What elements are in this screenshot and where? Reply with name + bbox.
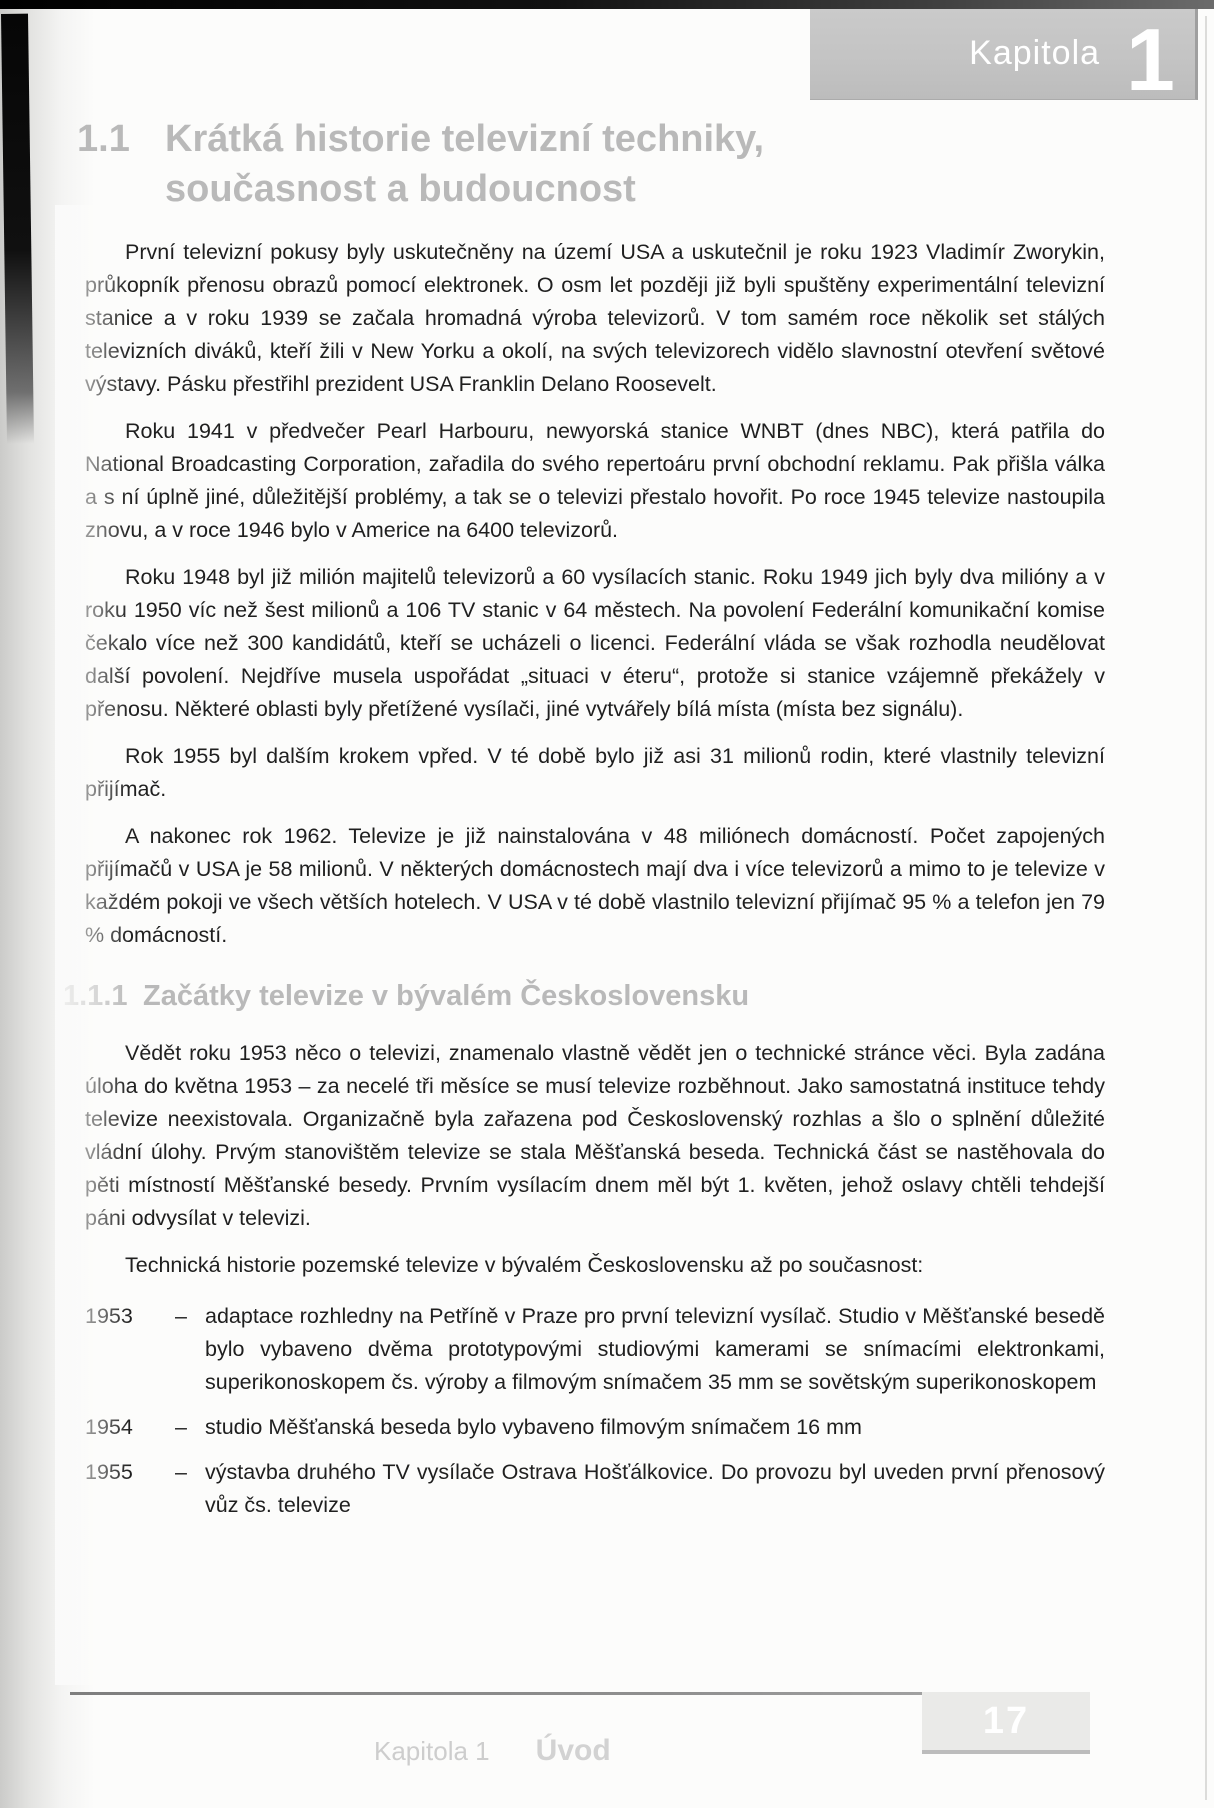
timeline-item-1954: 1954 – studio Měšťanská beseda bylo vyba… <box>85 1411 1105 1444</box>
paragraph-1: První televizní pokusy byly uskutečněny … <box>85 236 1105 401</box>
timeline-text: studio Měšťanská beseda bylo vybaveno fi… <box>205 1415 862 1439</box>
chapter-tab-number: 1 <box>1126 23 1175 98</box>
chapter-tab: Kapitola 1 <box>810 8 1198 100</box>
timeline-intro: Technická historie pozemské televize v b… <box>85 1249 1105 1282</box>
subsection-heading: 1.1.1 Začátky televize v bývalém Českosl… <box>63 980 1105 1013</box>
section-heading-title-line-2: současnost a budoucnost <box>165 164 764 214</box>
timeline-year: 1953 <box>85 1300 133 1333</box>
timeline-item-1955: 1955 – výstavba druhého TV vysílače Ostr… <box>85 1456 1105 1522</box>
timeline-dash: – <box>175 1411 187 1444</box>
paragraph-4: Rok 1955 byl dalším krokem vpřed. V té d… <box>85 740 1105 806</box>
section-heading-title: Krátká historie televizní techniky, souč… <box>165 114 764 214</box>
page-number-box: 17 <box>922 1692 1090 1754</box>
footer-section-label: Úvod <box>536 1734 611 1768</box>
footer: Kapitola 1 Úvod <box>374 1734 611 1768</box>
paragraph-2: Roku 1941 v předvečer Pearl Harbouru, ne… <box>85 415 1105 547</box>
scan-right-page-edge <box>1205 16 1207 1800</box>
timeline-text: výstavba druhého TV vysílače Ostrava Hoš… <box>205 1460 1105 1517</box>
paragraph-6: Vědět roku 1953 něco o televizi, znamena… <box>85 1037 1105 1235</box>
timeline-item-1955-head: 1955 – <box>85 1456 187 1489</box>
timeline-year: 1954 <box>85 1411 133 1444</box>
section-heading-number: 1.1 <box>77 114 165 214</box>
page-number: 17 <box>983 1700 1029 1743</box>
timeline-dash: – <box>175 1300 187 1333</box>
scan-left-dark-strip <box>1 14 34 444</box>
timeline-item-1953: 1953 – adaptace rozhledny na Petříně v P… <box>85 1300 1105 1399</box>
paragraph-5: A nakonec rok 1962. Televize je již nain… <box>85 820 1105 952</box>
paragraph-3: Roku 1948 byl již milión majitelů televi… <box>85 561 1105 726</box>
timeline-text: adaptace rozhledny na Petříně v Praze pr… <box>205 1304 1105 1394</box>
timeline-item-1953-head: 1953 – <box>85 1300 187 1333</box>
footer-rule <box>70 1692 922 1695</box>
chapter-tab-label: Kapitola <box>969 34 1100 73</box>
timeline-year: 1955 <box>85 1456 133 1489</box>
footer-chapter-label: Kapitola 1 <box>374 1736 490 1767</box>
section-heading-title-line-1: Krátká historie televizní techniky, <box>165 114 764 164</box>
scan-binding-shadow <box>0 0 95 1808</box>
page-content: 1.1 Krátká historie televizní techniky, … <box>85 114 1105 1534</box>
subsection-heading-title: Začátky televize v bývalém Československ… <box>143 980 749 1013</box>
timeline-item-1954-head: 1954 – <box>85 1411 187 1444</box>
timeline-dash: – <box>175 1456 187 1489</box>
timeline: 1953 – adaptace rozhledny na Petříně v P… <box>85 1300 1105 1522</box>
section-heading: 1.1 Krátká historie televizní techniky, … <box>77 114 1105 214</box>
book-page-scan: Kapitola 1 1.1 Krátká historie televizní… <box>0 0 1214 1808</box>
subsection-heading-number: 1.1.1 <box>63 980 143 1013</box>
